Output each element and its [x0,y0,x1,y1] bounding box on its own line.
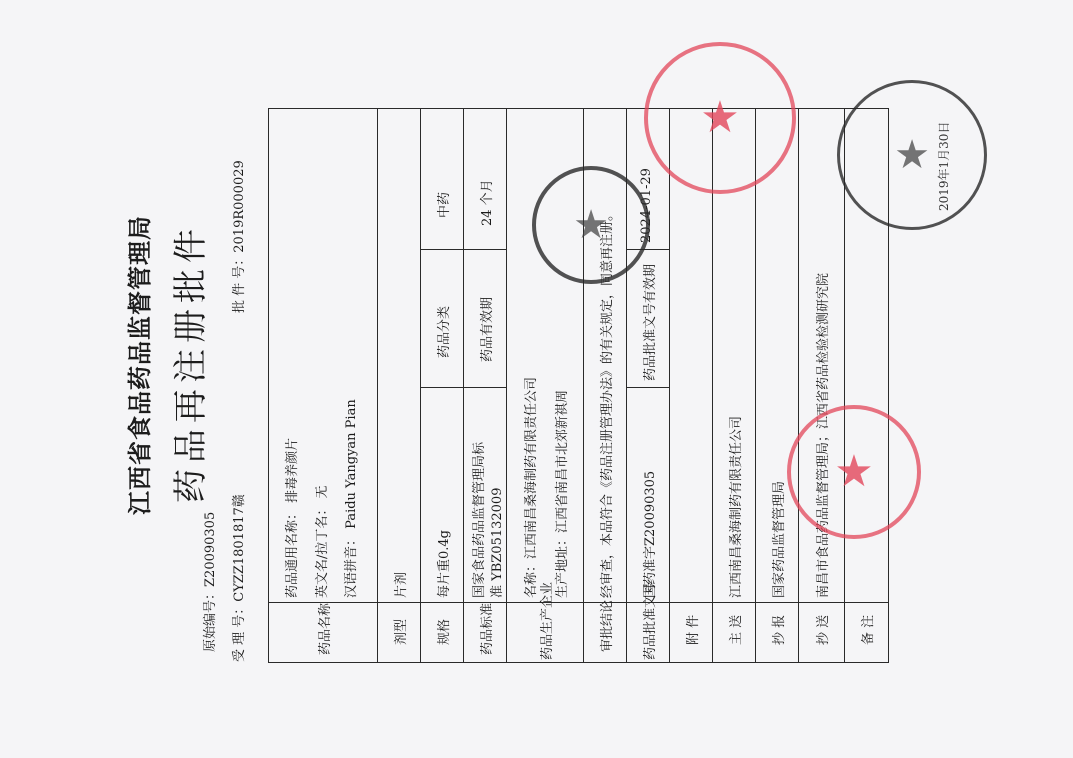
validity-period-value: 24 个月 [476,179,495,226]
document-title: 药品再注册批件 [163,223,212,503]
label-attachment: 附 件 [682,615,701,645]
label-spec: 规格 [433,619,452,645]
approval-number-label: 批 件 号： [232,253,247,313]
table-border-top [268,108,889,109]
report-to-value: 国家药品监督管理局 [768,481,787,598]
manufacturer-name: 名称：江西南昌桑海制药有限责任公司 [520,377,539,598]
generic-name-value: 排毒养颜片 [285,438,300,503]
star-icon: ★ [834,450,873,494]
label-validity-period: 药品有效期 [476,297,495,362]
row-divider [669,108,670,663]
label-approval-conclusion: 审批结论 [596,600,615,652]
date-seal: ★ 2019年1月30日 [837,80,987,230]
label-drug-name: 药品名称 [314,603,333,655]
row-divider [755,108,756,663]
cell-divider [420,387,506,388]
agency-name: 江西省食品药品监督管理局 [120,215,155,515]
table-border-right [888,108,889,663]
label-drug-category: 药品分类 [433,306,452,358]
approval-number-value: 2019R000029 [232,160,247,253]
label-remarks: 备 注 [857,615,876,645]
copy-to-value: 南昌市食品药品监督管理局；江西省药品检验检测研究院 [812,273,831,598]
english-name-label: 英文名/拉丁名： [315,503,330,598]
date-seal-date: 2019年1月30日 [935,122,952,211]
label-main-recipient: 主 送 [725,615,744,645]
row-divider [583,108,584,663]
approval-conclusion-value: 经审查，本品符合《药品注册管理办法》的有关规定，同意再注册。 [596,208,615,598]
standard-value-line1: 国家食品药品监督管理局标 [468,442,487,598]
cell-divider [626,249,669,250]
spec-value: 每片重0.4g [433,530,452,598]
pinyin-label: 汉语拼音： [344,533,359,598]
pinyin-value: Paidu Yangyan Pian [344,399,359,529]
generic-name-label: 药品通用名称： [285,507,300,598]
original-number-value: Z20090305 [203,512,218,587]
drug-category-value: 中药 [433,192,452,218]
row-divider [798,108,799,663]
main-recipient-value: 江西南昌桑海制药有限责任公司 [725,416,744,598]
original-number-label: 原始编号： [203,587,218,652]
approval-number-value: 国药准字Z20090305 [639,471,658,598]
cell-divider [626,387,669,388]
english-name-value: 无 [315,485,330,498]
standard-value-line2: 准 YBZ05132009 [486,488,505,598]
bureau-seal: ★ [532,166,650,284]
row-divider [463,108,464,663]
approval-expiry-value: 2024-01-29 [639,168,654,243]
acceptance-number: 受 理 号：CYZZ1801817赣 [228,494,247,662]
row-divider [377,108,378,663]
drug-english-name: 英文名/拉丁名： 无 [311,485,330,598]
hospital-seal: ★ [787,405,921,539]
acceptance-number-value: CYZZ1801817赣 [232,494,247,602]
row-divider [626,108,627,663]
label-report-to: 抄 报 [768,615,787,645]
label-column-divider [268,602,889,603]
original-number: 原始编号：Z20090305 [199,512,218,652]
table-border-left [268,108,269,663]
drug-pinyin-name: 汉语拼音： Paidu Yangyan Pian [340,399,359,598]
acceptance-number-label: 受 理 号： [232,602,247,662]
row-divider [420,108,421,663]
label-dosage-form: 剂型 [390,619,409,645]
cell-divider [420,249,506,250]
row-divider [844,108,845,663]
star-icon: ★ [894,135,930,175]
company-seal: ★ [644,42,796,194]
star-icon: ★ [700,96,739,140]
approval-document-number: 批 件 号：2019R000029 [228,160,247,313]
row-divider [712,108,713,663]
label-copy-to: 抄 送 [812,615,831,645]
drug-generic-name: 药品通用名称： 排毒养颜片 [281,438,300,598]
table-border-bottom [268,662,889,663]
row-divider [506,108,507,663]
label-drug-standard: 药品标准 [476,603,495,655]
dosage-form-value: 片剂 [390,572,409,598]
label-approval-expiry: 药品批准文号有效期 [639,264,658,381]
manufacturer-address: 生产地址：江西省南昌市北郊新祺周 [551,390,570,598]
